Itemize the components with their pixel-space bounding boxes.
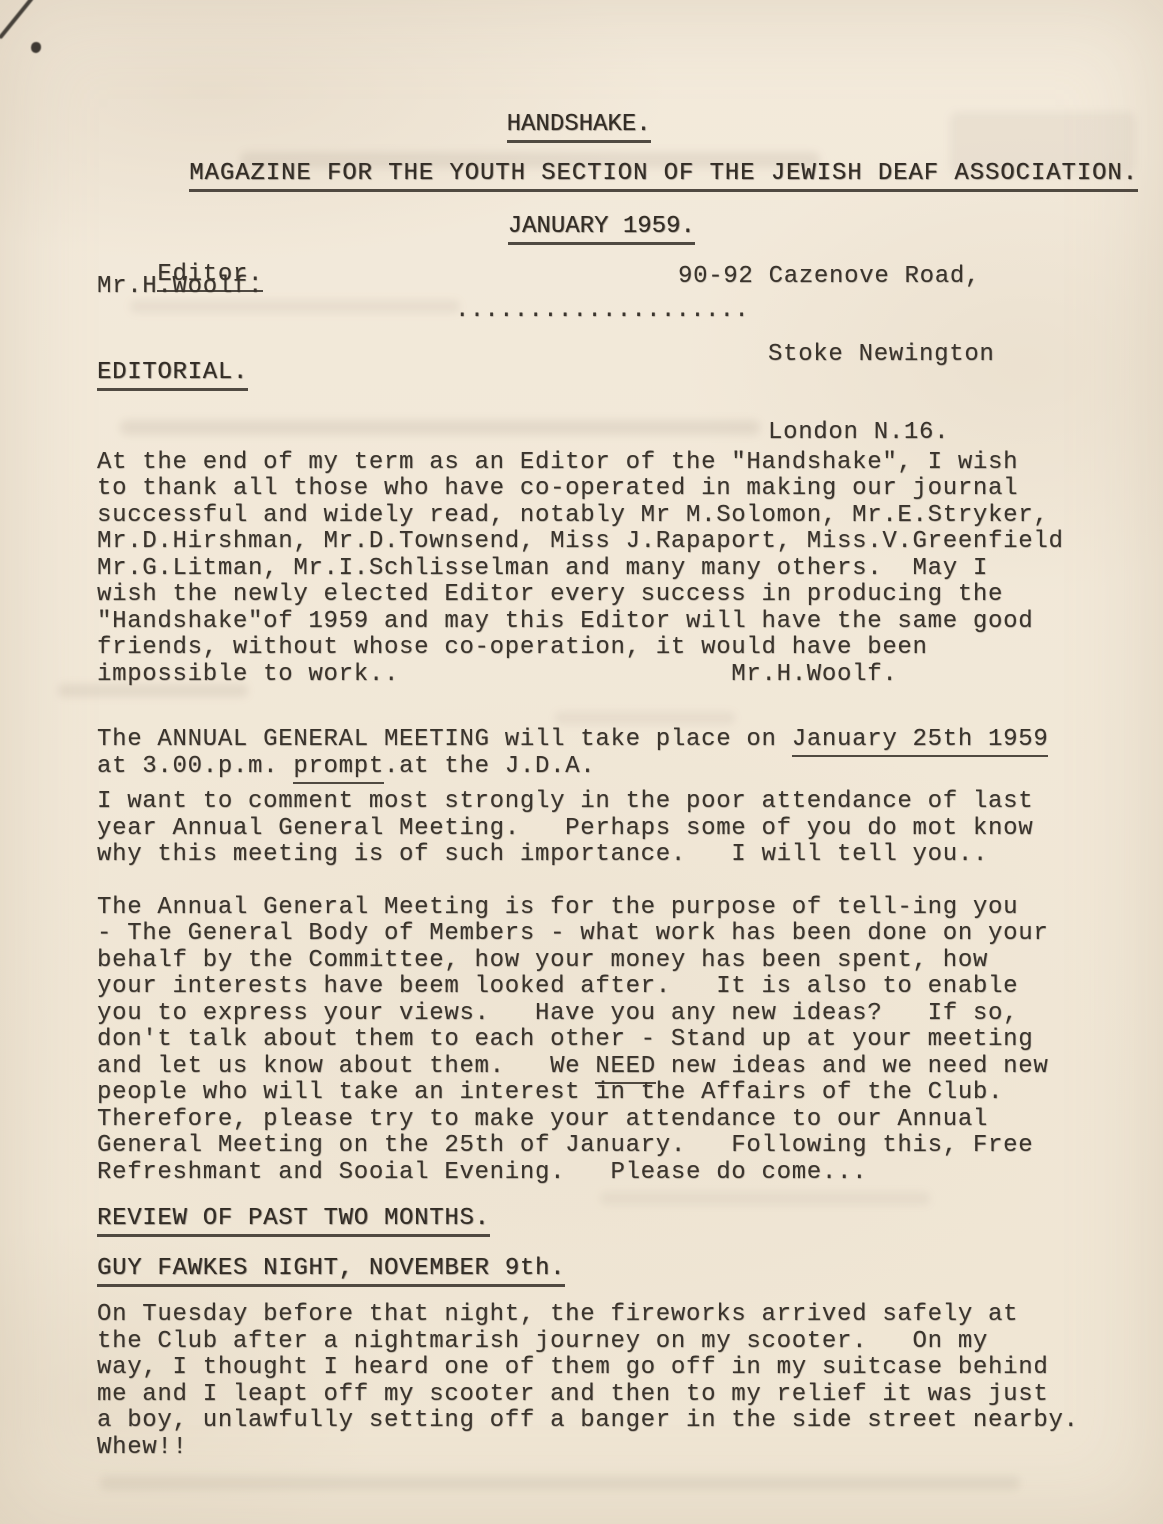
text-line: Mr.D.Hirshman, Mr.D.Townsend, Miss J.Rap… — [97, 529, 1117, 556]
text-line: don't talk about them to each other - St… — [97, 1027, 1117, 1054]
paragraph: At the end of my term as an Editor of th… — [97, 450, 1117, 689]
text-line: The ANNUAL GENERAL MEETING will take pla… — [97, 727, 1117, 754]
text-line: a boy, unlawfully setting off a banger i… — [97, 1408, 1117, 1435]
text-line: successful and widely read, notably Mr M… — [97, 503, 1117, 530]
pen-mark-stroke — [0, 0, 34, 39]
text-line: I want to comment most strongly in the p… — [97, 789, 1117, 816]
text-line: impossible to work.. Mr.H.Woolf. — [97, 662, 1117, 689]
text-line: "Handshake"of 1959 and may this Editor w… — [97, 609, 1117, 636]
section-heading-text: REVIEW OF PAST TWO MONTHS. — [97, 1205, 490, 1237]
text-line: Whew!! — [97, 1435, 1117, 1462]
issue-date: JANUARY 1959. — [450, 186, 695, 267]
text-line: why this meeting is of such importance. … — [97, 842, 1117, 869]
paragraph: I want to comment most strongly in the p… — [97, 789, 1117, 869]
text-line: Therefore, please try to make your atten… — [97, 1107, 1117, 1134]
text-line: wish the newly elected Editor every succ… — [97, 582, 1117, 609]
text-line: way, I thought I heard one of them go of… — [97, 1355, 1117, 1382]
address-line: 90-92 Cazenove Road, — [678, 264, 995, 290]
text-line: friends, without whose co-operation, it … — [97, 635, 1117, 662]
text-line: - The General Body of Members - what wor… — [97, 921, 1117, 948]
text-line: you to express your views. Have you any … — [97, 1001, 1117, 1028]
text-line: your interests have beem looked after. I… — [97, 974, 1117, 1001]
text-line: At the end of my term as an Editor of th… — [97, 450, 1117, 477]
section-heading-text: GUY FAWKES NIGHT, NOVEMBER 9th. — [97, 1255, 565, 1287]
text-line: the Club after a nightmarish journey on … — [97, 1329, 1117, 1356]
dotted-separator: .................... — [455, 297, 749, 324]
text-line: people who will take an interest in the … — [97, 1080, 1117, 1107]
text-line: Mr.G.Litman, Mr.I.Schlisselman and many … — [97, 556, 1117, 583]
section-heading: EDITORIAL. — [97, 360, 1117, 387]
paragraph: The Annual General Meeting is for the pu… — [97, 895, 1117, 1187]
editor-name: Mr.H.Woolf. — [97, 273, 263, 300]
pen-mark-dot — [31, 42, 41, 53]
text-line: at 3.00.p.m. prompt.at the J.D.A. — [97, 754, 1117, 781]
text-line: On Tuesday before that night, the firewo… — [97, 1302, 1117, 1329]
text-line: me and I leapt off my scooter and then t… — [97, 1382, 1117, 1409]
paragraph: The ANNUAL GENERAL MEETING will take pla… — [97, 727, 1117, 780]
text-line: to thank all those who have co-operated … — [97, 476, 1117, 503]
show-through-smudge — [100, 1476, 1020, 1490]
section-heading: REVIEW OF PAST TWO MONTHS. — [97, 1206, 1117, 1233]
paragraph: On Tuesday before that night, the firewo… — [97, 1302, 1117, 1461]
text-line: and let us know about them. We NEED new … — [97, 1054, 1117, 1081]
issue-date-text: JANUARY 1959. — [508, 213, 695, 245]
section-heading-text: EDITORIAL. — [97, 359, 248, 391]
section-heading: GUY FAWKES NIGHT, NOVEMBER 9th. — [97, 1256, 1117, 1283]
document-body: EDITORIAL.At the end of my term as an Ed… — [97, 360, 1117, 1461]
text-line: year Annual General Meeting. Perhaps som… — [97, 816, 1117, 843]
text-line: behalf by the Committee, how your money … — [97, 948, 1117, 975]
text-line: Refreshmant and Sooial Evening. Please d… — [97, 1160, 1117, 1187]
text-line: General Meeting on the 25th of January. … — [97, 1133, 1117, 1160]
document-page: HANDSHAKE. MAGAZINE FOR THE YOUTH SECTIO… — [0, 0, 1163, 1524]
text-line: The Annual General Meeting is for the pu… — [97, 895, 1117, 922]
